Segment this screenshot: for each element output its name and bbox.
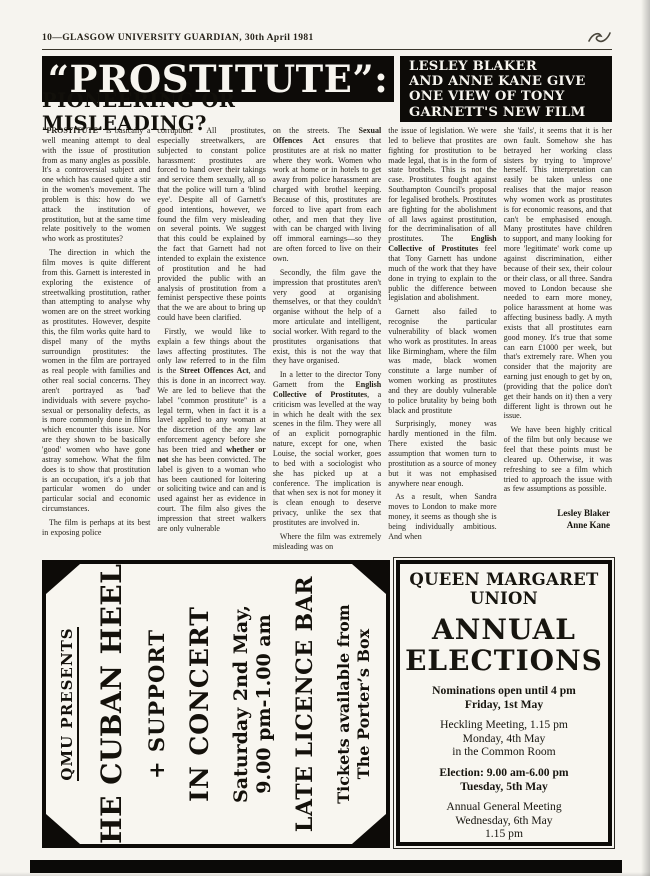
elections-item: Annual General MeetingWednesday, 6th May… — [400, 800, 608, 846]
article-column: "PROSTITUTE" is basically a well meaning… — [42, 126, 150, 560]
elections-item-line: in the Common Room — [400, 745, 608, 759]
article-paragraph: Firstly, we would like to explain a few … — [157, 327, 265, 534]
elections-item: Nominations open until 4 pmFriday, 1st M… — [400, 684, 608, 711]
elections-items: Nominations open until 4 pmFriday, 1st M… — [400, 684, 608, 846]
masthead: 10—GLASGOW UNIVERSITY GUARDIAN, 30th Apr… — [42, 33, 612, 43]
article-column: she 'fails', it seems that it is her own… — [504, 126, 612, 560]
article-byline: Lesley BlakerAnne Kane — [470, 508, 610, 531]
text-run: Where the film was extremely misleading … — [273, 532, 381, 551]
concert-ad-line-group: + SUPPORT — [144, 629, 169, 779]
byline-box-line: AND ANNE KANE GIVE — [409, 74, 612, 89]
elections-ad: QUEEN MARGARETUNION ANNUALELECTIONS Nomi… — [396, 560, 612, 846]
concert-ad-inner: QMU PRESENTSTHE CUBAN HEELS+ SUPPORTIN C… — [46, 564, 386, 844]
byline-box-line: ONE VIEW OF TONY — [409, 89, 612, 104]
article-paragraph: "PROSTITUTE" is basically a well meaning… — [42, 126, 150, 244]
article-paragraph: on the streets. The Sexual Offences Act … — [273, 126, 381, 264]
text-run: We have been highly critical of the film… — [504, 425, 612, 493]
concert-ad-line-group: Saturday 2nd May,9.00 pm-1.00 am — [230, 605, 276, 803]
elections-item-line: Election: 9.00 am-6.00 pm — [400, 766, 608, 780]
elections-org-line: UNION — [400, 589, 608, 608]
article-columns: "PROSTITUTE" is basically a well meaning… — [42, 126, 612, 560]
concert-ad-line-group: IN CONCERT — [185, 606, 214, 802]
concert-ad-line: Saturday 2nd May, — [230, 605, 253, 803]
text-run: on the streets. The — [273, 126, 359, 135]
headline-left: “PROSTITUTE”: PIONEERING OR MISLEADING? — [42, 56, 394, 122]
concert-ad-line: + SUPPORT — [144, 629, 169, 779]
elections-item: Heckling Meeting, 1.15 pmMonday, 4th May… — [400, 718, 608, 759]
concert-ad-line: IN CONCERT — [185, 606, 214, 802]
concert-ad-line: 9.00 pm-1.00 am — [253, 605, 276, 803]
elections-item-line: Wednesday, 6th May — [400, 814, 608, 828]
concert-ad-line: Tickets available from — [334, 604, 354, 803]
elections-org: QUEEN MARGARETUNION — [400, 570, 608, 608]
article-paragraph: Surprisingly, money was hardly mentioned… — [388, 419, 496, 488]
concert-ad-line: QMU PRESENTS — [58, 627, 79, 780]
elections-org-line: QUEEN MARGARET — [400, 570, 608, 589]
concert-ad-line: The Porter’s Box — [354, 604, 374, 803]
elections-item-line: Monday, 4th May — [400, 732, 608, 746]
text-run: ensures that prostitutes are at risk no … — [273, 136, 381, 263]
headline-sub: PIONEERING OR MISLEADING? — [42, 102, 394, 122]
article-paragraph: The direction in which the film moves is… — [42, 248, 150, 514]
concert-ad-line: LATE LICENCE BAR — [292, 576, 318, 832]
elections-item-line: Nominations open until 4 pm — [400, 684, 608, 698]
text-run: The film is perhaps at its best in expos… — [42, 518, 150, 537]
elections-item-line: Tuesday, 5th May — [400, 780, 608, 794]
elections-item-line: Friday, 1st May — [400, 698, 608, 712]
ink-mark-icon — [586, 28, 612, 53]
article-column: the issue of legislation. We were led to… — [388, 126, 496, 560]
bold-phrase: Street Offences Act — [180, 366, 249, 375]
concert-ad-line-group: LATE LICENCE BAR — [292, 576, 318, 832]
concert-ad-line: THE CUBAN HEELS — [95, 564, 128, 844]
concert-ad: QMU PRESENTSTHE CUBAN HEELS+ SUPPORTIN C… — [42, 560, 390, 848]
byline-box-line: GARNETT'S NEW FILM — [409, 105, 612, 120]
article-paragraph: Secondly, the film gave the impression t… — [273, 268, 381, 366]
elections-item-line: in the Common Room — [400, 841, 608, 846]
article-paragraph: We have been highly critical of the film… — [504, 425, 612, 494]
bold-phrase: "PROSTITUTE" — [42, 126, 102, 135]
article-paragraph: the issue of legislation. We were led to… — [388, 126, 496, 303]
article-paragraph: In a letter to the director Tony Garnett… — [273, 370, 381, 528]
elections-item-line: Annual General Meeting — [400, 800, 608, 814]
masthead-rule — [42, 49, 612, 50]
author-name: Lesley Blaker — [470, 508, 610, 520]
article-column: corruption. All prostitutes, especially … — [157, 126, 265, 560]
concert-ad-line-group: QMU PRESENTS — [58, 627, 79, 780]
article-paragraph: The film is perhaps at its best in expos… — [42, 518, 150, 538]
text-run: The direction in which the film moves is… — [42, 248, 150, 513]
text-run: she 'fails', it seems that it is her own… — [504, 126, 612, 420]
text-run: , a criticism was levelled at the way in… — [273, 390, 381, 527]
article-paragraph: Where the film was extremely misleading … — [273, 532, 381, 552]
text-run: Surprisingly, money was hardly mentioned… — [388, 419, 496, 487]
elections-item: Election: 9.00 am-6.00 pmTuesday, 5th Ma… — [400, 766, 608, 793]
article-paragraph: Garnett also failed to recognise the par… — [388, 307, 496, 415]
text-run: the issue of legislation. We were led to… — [388, 126, 496, 243]
headline-block: “PROSTITUTE”: PIONEERING OR MISLEADING? … — [42, 56, 612, 122]
page-edge-shadow — [641, 0, 650, 876]
headline-byline-box: LESLEY BLAKERAND ANNE KANE GIVEONE VIEW … — [400, 56, 612, 122]
bottom-rule-bar — [30, 860, 622, 873]
elections-item-line: 1.15 pm — [400, 827, 608, 841]
text-run: , and this is done in an incorrect way. … — [157, 366, 265, 454]
text-run: Secondly, the film gave the impression t… — [273, 268, 381, 366]
elections-item-line: Heckling Meeting, 1.15 pm — [400, 718, 608, 732]
elections-title-line: ANNUAL — [400, 614, 608, 645]
article-paragraph: corruption. All prostitutes, especially … — [157, 126, 265, 323]
author-name: Anne Kane — [470, 520, 610, 532]
elections-title: ANNUALELECTIONS — [400, 614, 608, 676]
text-run: is basically a well meaning attempt to d… — [42, 126, 150, 243]
text-run: she has been convicted. The label is giv… — [157, 455, 265, 533]
newspaper-page: 10—GLASGOW UNIVERSITY GUARDIAN, 30th Apr… — [0, 0, 650, 876]
text-run: corruption. All prostitutes, especially … — [157, 126, 265, 322]
concert-ad-line-group: THE CUBAN HEELS — [95, 564, 128, 844]
article-paragraph: she 'fails', it seems that it is her own… — [504, 126, 612, 421]
text-run: Garnett also failed to recognise the par… — [388, 307, 496, 414]
concert-ad-text: QMU PRESENTSTHE CUBAN HEELS+ SUPPORTIN C… — [50, 568, 382, 840]
article-column: on the streets. The Sexual Offences Act … — [273, 126, 381, 560]
concert-ad-line-group: Tickets available fromThe Porter’s Box — [334, 604, 374, 803]
byline-box-line: LESLEY BLAKER — [409, 59, 612, 74]
elections-title-line: ELECTIONS — [400, 645, 608, 676]
